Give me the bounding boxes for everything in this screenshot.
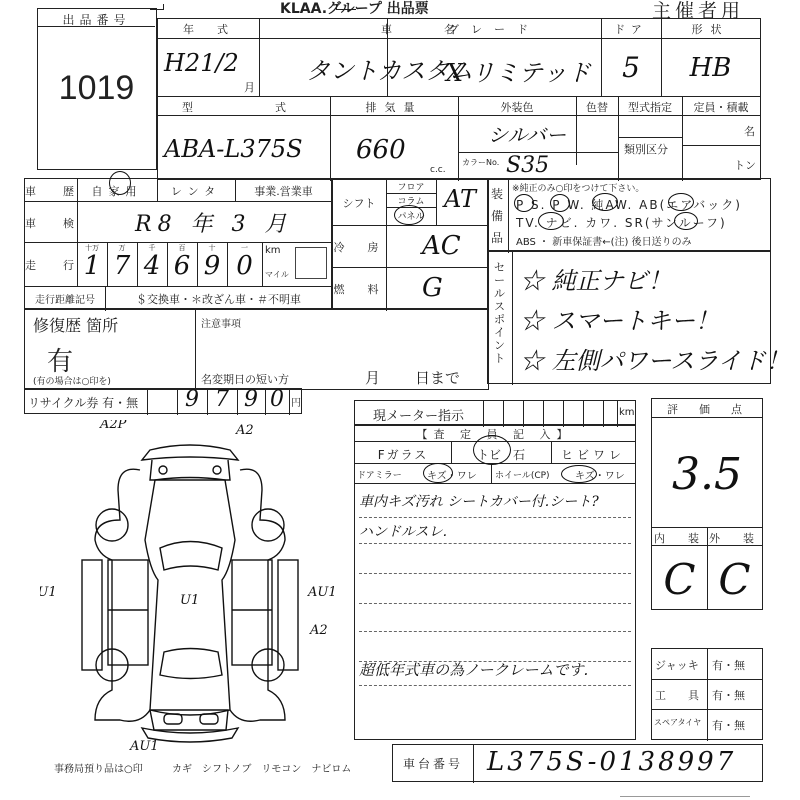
recycle-block: リサイクル券 有・無 9 7 9 0 円 [24, 388, 302, 414]
ac-label: 冷 房 [332, 239, 386, 255]
displacement-value: 660 [356, 135, 406, 165]
selection-circle [423, 463, 453, 483]
color-label: 外装色 [458, 99, 576, 115]
mileage-digit: 4 [137, 251, 167, 281]
chassis-label: 車台番号 [393, 755, 473, 772]
doors-value: 5 [601, 51, 661, 84]
accessories-block: ジャッキ 有・無 工 具 有・無 スペアタイヤ 有・無 [651, 648, 763, 740]
wheel-label: ホイール(CP) [495, 468, 550, 481]
shape-label: 形状 [661, 21, 760, 37]
sales-points-block: セールスポイント ☆ 純正ナビ！ ☆ スマートキー！ ☆ 左側パワースライド！ [487, 250, 771, 384]
repair-value: 有 [47, 341, 73, 378]
selection-circle [538, 212, 564, 230]
color-value: シルバー [488, 119, 566, 148]
fuel-value: G [422, 273, 443, 303]
history-option-rental[interactable]: レンタ [157, 183, 235, 199]
glass-crack[interactable]: ヒビワレ [551, 446, 635, 463]
equipment-line-3: ABS ・ 新車保証書←(注) 後日送りのみ [516, 233, 692, 248]
displacement-unit: c.c. [430, 165, 446, 175]
grade-label: グレード [387, 21, 601, 37]
selection-circle [473, 435, 511, 465]
shift-floor[interactable]: フロア [386, 180, 436, 193]
selection-circle [674, 212, 698, 230]
sales-point-item: ☆ 左側パワースライド！ [520, 341, 790, 376]
glass-label: Fガラス [355, 446, 451, 463]
accessory-value[interactable]: 有・無 [712, 657, 745, 673]
interior-value: C [652, 555, 707, 604]
car-damage-diagram[interactable]: A2P A2 AU1 U1 AU1 A2 AU1 [40, 420, 340, 750]
exterior-value: C [707, 555, 762, 604]
type-designation-label: 型式指定 [618, 99, 682, 115]
history-label: 車 歴 [25, 183, 77, 199]
color-swap-label: 色替 [576, 99, 618, 115]
svg-text:AU1: AU1 [40, 585, 57, 600]
recycle-label: リサイクル券 有・無 [28, 394, 138, 411]
sales-point-item: ☆ 純正ナビ！ [520, 261, 672, 296]
color-no-label: カラーNo. [462, 157, 482, 168]
repair-label: 修復歴 箇所 [33, 313, 118, 336]
interior-label: 内 装 [652, 530, 707, 546]
meter-unit: km [619, 407, 635, 418]
exterior-label: 外 装 [707, 530, 762, 546]
svg-text:AU1: AU1 [129, 739, 159, 750]
mileage-digit: 0 [227, 251, 262, 281]
inspection-value: R8 年 3 月 [135, 207, 293, 238]
inspector-block: 【査 定 員 記 入】 Fガラス トビ 石 ヒビワレ ドアミラー キズ・ワレ ホ… [354, 424, 636, 740]
selection-circle [550, 194, 570, 212]
meter-block: 現メーター指示 km [354, 400, 636, 426]
selection-circle [394, 205, 424, 225]
svg-text:U1: U1 [180, 593, 199, 608]
equipment-note: ※純正のみ○印をつけて下さい。 [512, 181, 644, 194]
category-label: 類別区分 [624, 141, 668, 157]
inspection-label: 車 検 [25, 215, 77, 231]
recycle-digit: 7 [207, 387, 237, 412]
accessory-label: スペアタイヤ [654, 717, 701, 728]
selection-circle [561, 465, 597, 483]
deadline-day: 日まで [415, 367, 460, 388]
recycle-digit: 9 [177, 387, 207, 412]
chassis-value: L375S-0138997 [487, 747, 736, 777]
corner-mark [336, 4, 356, 10]
year-label: 年 式 [158, 21, 259, 37]
svg-text:A2P: A2P [99, 420, 127, 432]
vehicle-info-table: 年 式 車 名 グレード ドア 形状 H21/2 月 タントカスタム X リミテ… [157, 18, 761, 180]
lot-number-value: 1019 [38, 69, 155, 108]
notice-label: 注意事項 [201, 315, 241, 330]
capacity-label: 定員・積載 [682, 99, 760, 115]
lot-number-box: 出品番号 1019 [37, 8, 157, 170]
accessory-value[interactable]: 有・無 [712, 717, 745, 733]
glass-stone[interactable]: 石 [513, 446, 525, 463]
deadline-label: 名変期日の短い方 [201, 371, 289, 387]
score-label: 評 価 点 [652, 401, 762, 417]
mileage-digit: 6 [167, 251, 197, 281]
selection-circle [514, 194, 534, 212]
mileage-label: 走 行 [25, 257, 77, 273]
color-no-value: S35 [506, 153, 549, 178]
drivetrain-block: シフト フロア コラム パネル AT 冷 房 AC 燃 料 G [331, 178, 489, 310]
mileage-digit: 7 [107, 251, 137, 281]
history-option-business[interactable]: 事業.営業車 [235, 183, 332, 199]
mileage-digit: 1 [77, 251, 107, 281]
accessory-label: ジャッキ [655, 657, 699, 673]
svg-text:AU1: AU1 [307, 585, 337, 600]
score-block: 評 価 点 3.5 内 装 外 装 C C [651, 398, 763, 610]
doors-label: ドア [601, 21, 661, 37]
mirror-label: ドアミラー [357, 468, 402, 481]
selection-circle [668, 193, 694, 211]
inspector-note: 超低年式車の為ノークレームです. [359, 659, 588, 680]
model-label: 型 式 [158, 99, 330, 115]
repair-note: (有の場合は○印を) [33, 374, 111, 387]
unit-mile: マイル [265, 269, 289, 280]
grade-value: X リミテッド [446, 53, 591, 88]
shift-value: AT [444, 185, 476, 213]
office-items-label: 事務局預り品は○印 [54, 760, 143, 775]
selection-circle [592, 193, 618, 211]
shift-label: シフト [332, 195, 386, 211]
inspector-note: ハンドルスレ. [359, 521, 447, 541]
recycle-digit: 0 [265, 387, 289, 412]
mileage-record-label: 走行距離記号 [25, 291, 105, 306]
accessory-label: 工 具 [655, 687, 699, 703]
inspector-note: 車内キズ汚れ シートカバー付.シート? [359, 491, 599, 511]
selection-circle [109, 171, 131, 195]
score-value: 3.5 [652, 449, 762, 500]
year-value: H21/2 [164, 49, 239, 77]
mileage-record-options: ＄交換車・＊改ざん車・＃不明車 [105, 291, 332, 307]
sales-point-item: ☆ スマートキー！ [520, 301, 719, 336]
office-items-list: カギ シフトノブ リモコン ナビロム [172, 760, 351, 775]
model-value: ABA-L375S [164, 135, 303, 163]
accessory-value[interactable]: 有・無 [712, 687, 745, 703]
mileage-digit: 9 [197, 251, 227, 281]
ac-value: AC [422, 231, 461, 261]
equipment-label: 装備品 [491, 183, 505, 249]
recycle-unit: 円 [291, 394, 301, 409]
history-block: 車 歴 自家用 レンタ 事業.営業車 車 検 R8 年 3 月 走 行 十万 万… [24, 178, 333, 310]
month-unit: 月 [244, 79, 255, 95]
sales-points-label: セールスポイント [494, 261, 508, 365]
deadline-month: 月 [365, 367, 380, 388]
chassis-block: 車台番号 L375S-0138997 [392, 744, 763, 782]
capacity-unit-ton: トン [734, 157, 756, 173]
meter-label: 現メーター指示 [373, 405, 464, 424]
recycle-digit: 9 [237, 387, 265, 412]
unit-km: km [265, 245, 281, 256]
fuel-label: 燃 料 [332, 281, 386, 297]
bottom-line [620, 796, 750, 797]
displacement-label: 排気量 [330, 99, 458, 115]
shape-value: HB [661, 53, 760, 83]
svg-text:A2: A2 [309, 623, 328, 638]
equipment-block: 装備品 ※純正のみ○印をつけて下さい。 P S. P W. 純AW. AB(エア… [487, 178, 771, 252]
svg-text:A2: A2 [235, 423, 254, 438]
capacity-unit-people: 名 [744, 123, 755, 139]
mile-checkbox[interactable] [295, 247, 327, 279]
repair-notice-block: 修復歴 箇所 有 (有の場合は○印を) 注意事項 名変期日の短い方 月 日まで [24, 308, 489, 390]
